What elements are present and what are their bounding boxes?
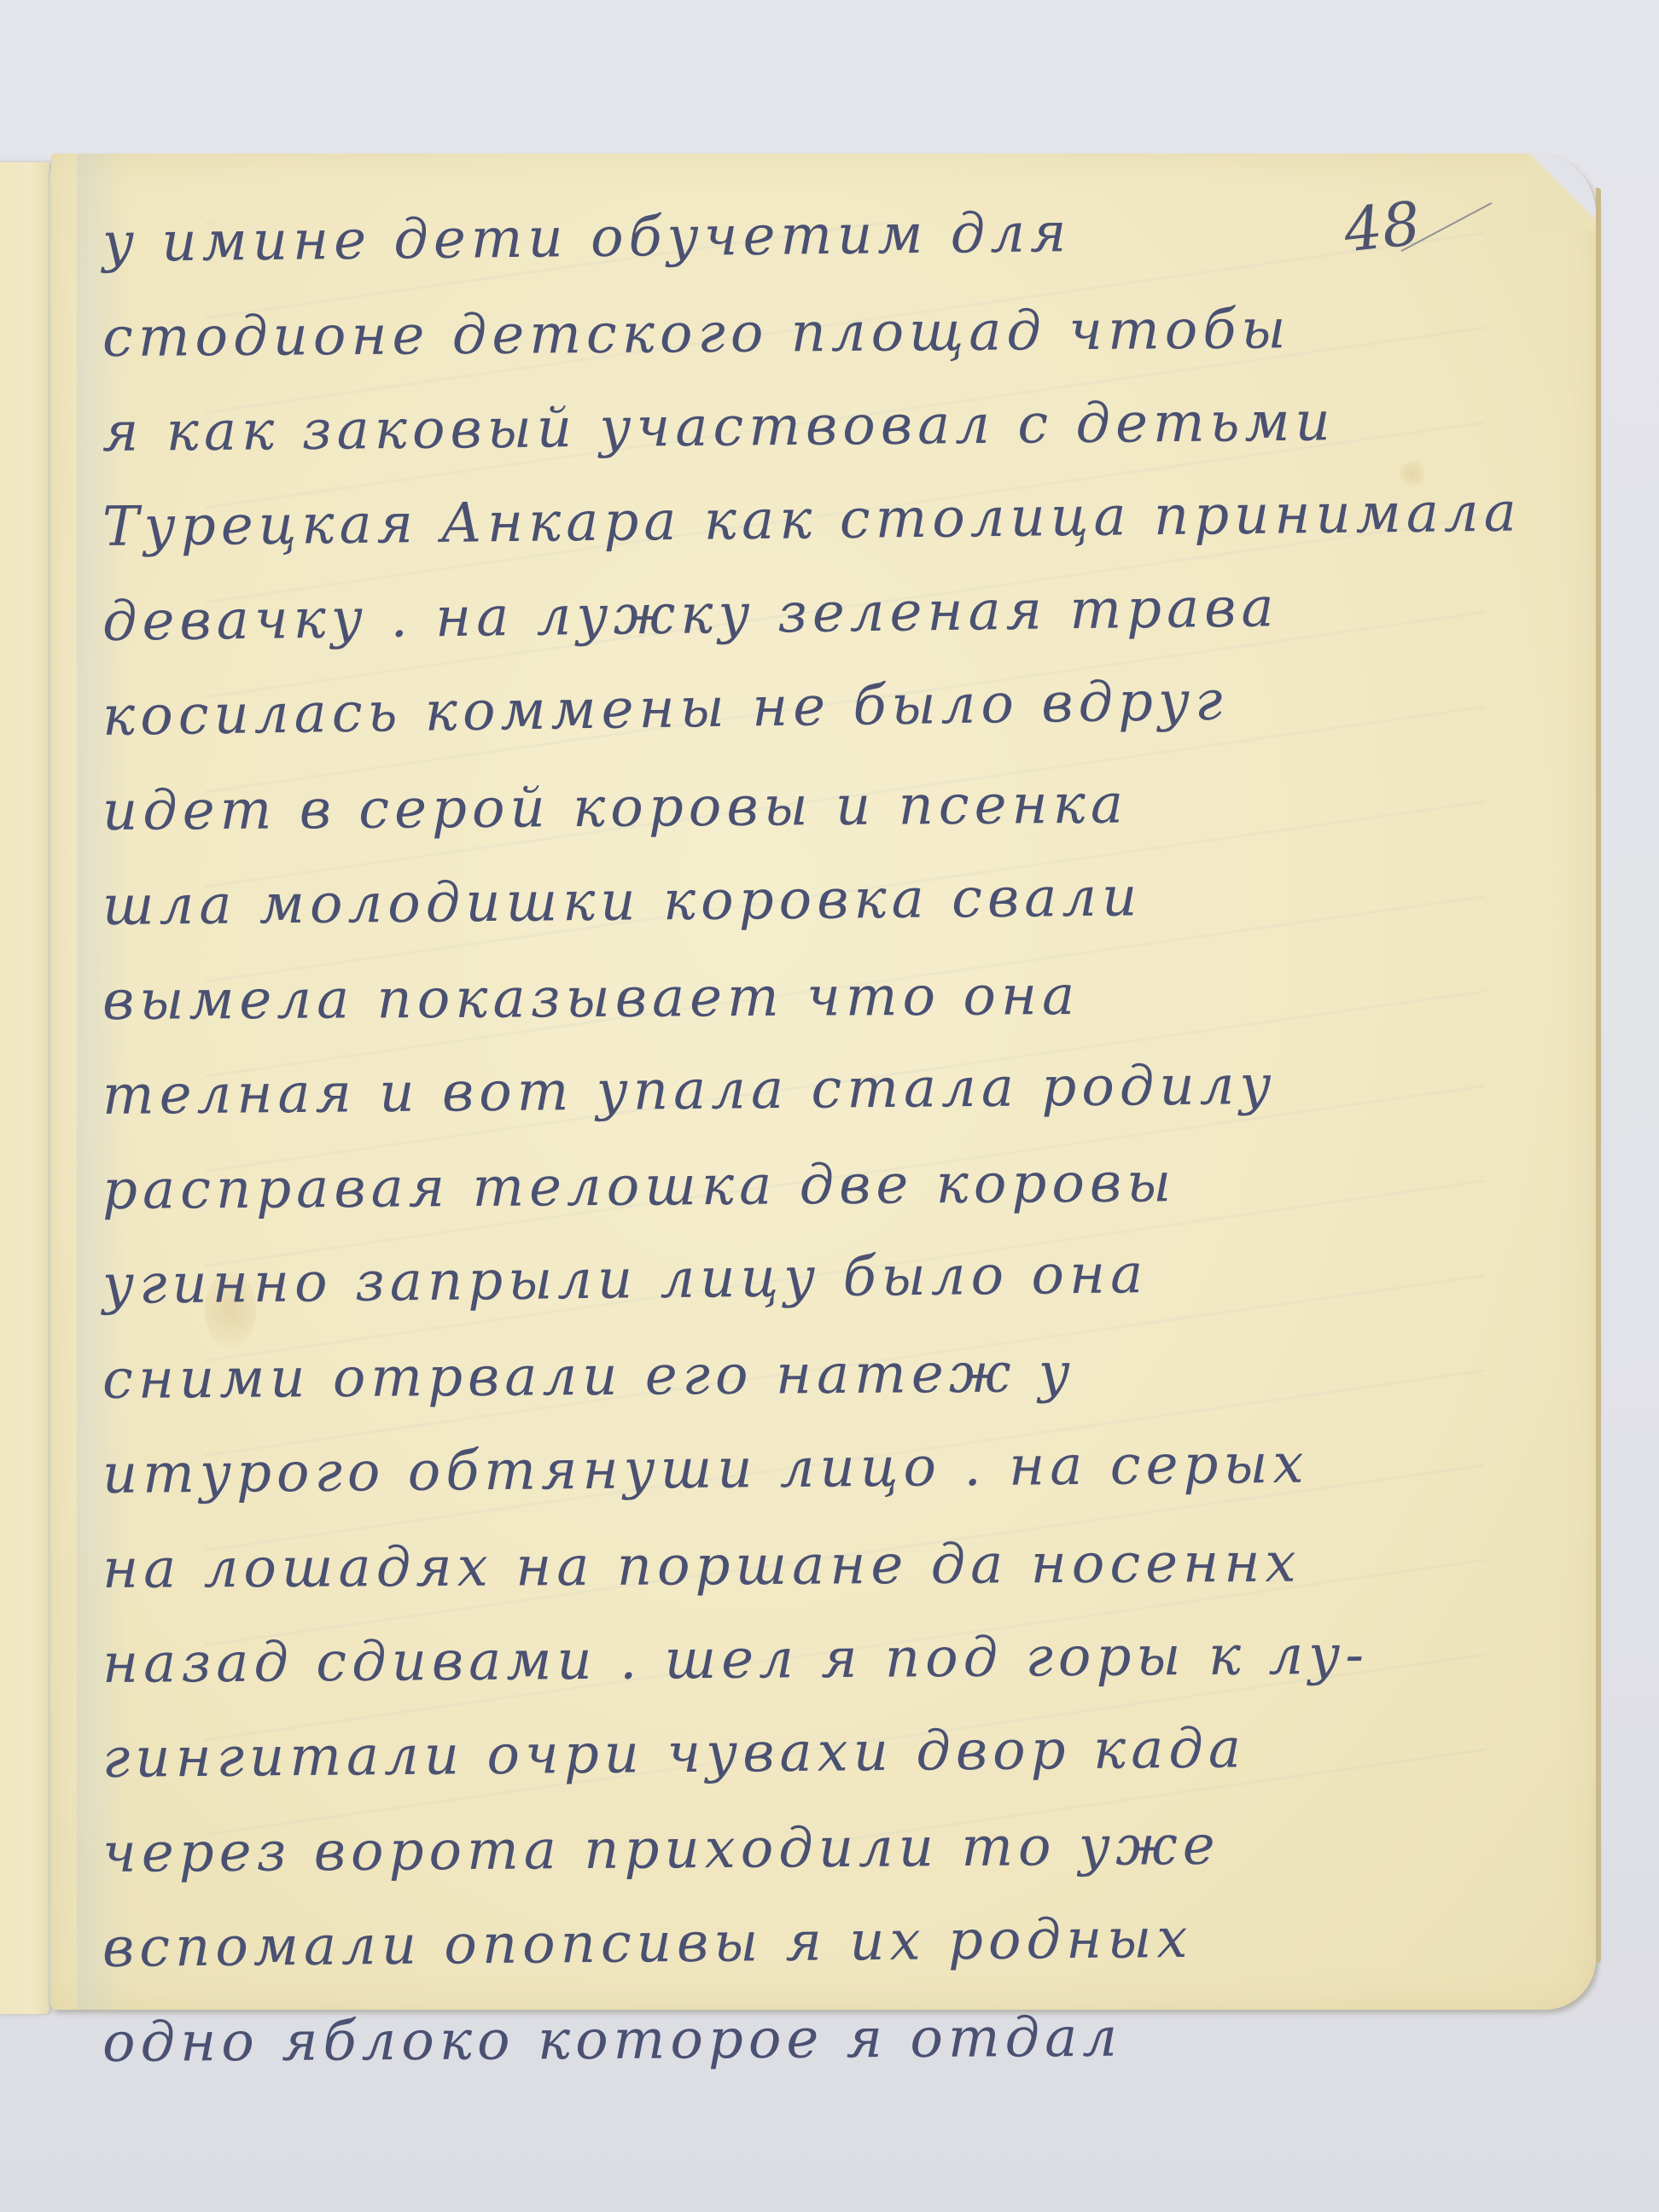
text-line: вымела показывает что она <box>102 947 1486 1049</box>
folded-corner <box>1528 154 1596 230</box>
handwritten-text-block: у имине дети обучетим для стодионе детск… <box>102 196 1485 2091</box>
text-line: стодионе детского площад чтобы <box>102 282 1486 386</box>
text-line: телная и вот упала стала родилу <box>102 1037 1486 1144</box>
text-line: косилась коммены не было вдруг <box>102 650 1485 765</box>
text-line: шла молодишки коровка свали <box>102 847 1486 954</box>
text-line: назад сдивами . шел я под горы к лу- <box>102 1608 1486 1712</box>
text-line: на лошадях на поршане да носеннх <box>102 1516 1486 1617</box>
text-line: сними отрвали его натеж у <box>102 1324 1486 1428</box>
text-line: у имине дети обучетим для <box>102 182 1485 291</box>
text-line: расправая телошка две коровы <box>102 1134 1486 1238</box>
facing-page-edge <box>0 162 49 2014</box>
text-line: я как заковый участвовал с детьми <box>102 374 1486 480</box>
text-line: гингитали очри чувахи двор када <box>102 1700 1486 1807</box>
text-line: Турецкая Анкара как столица принимала <box>102 466 1485 575</box>
text-line: угинно запрыли лицу было она <box>102 1224 1485 1333</box>
text-line: одно яблоко которое я отдал <box>102 1989 1486 2091</box>
text-line: вспомали опопсивы я их родных <box>102 1889 1486 1996</box>
text-line: идет в серой коровы и псенка <box>102 755 1486 859</box>
text-line: итурого обтянуши лицо . на серых <box>102 1416 1486 1522</box>
page-stack-edge <box>1596 188 1601 1963</box>
text-line: через ворота приходили то уже <box>102 1797 1486 1901</box>
